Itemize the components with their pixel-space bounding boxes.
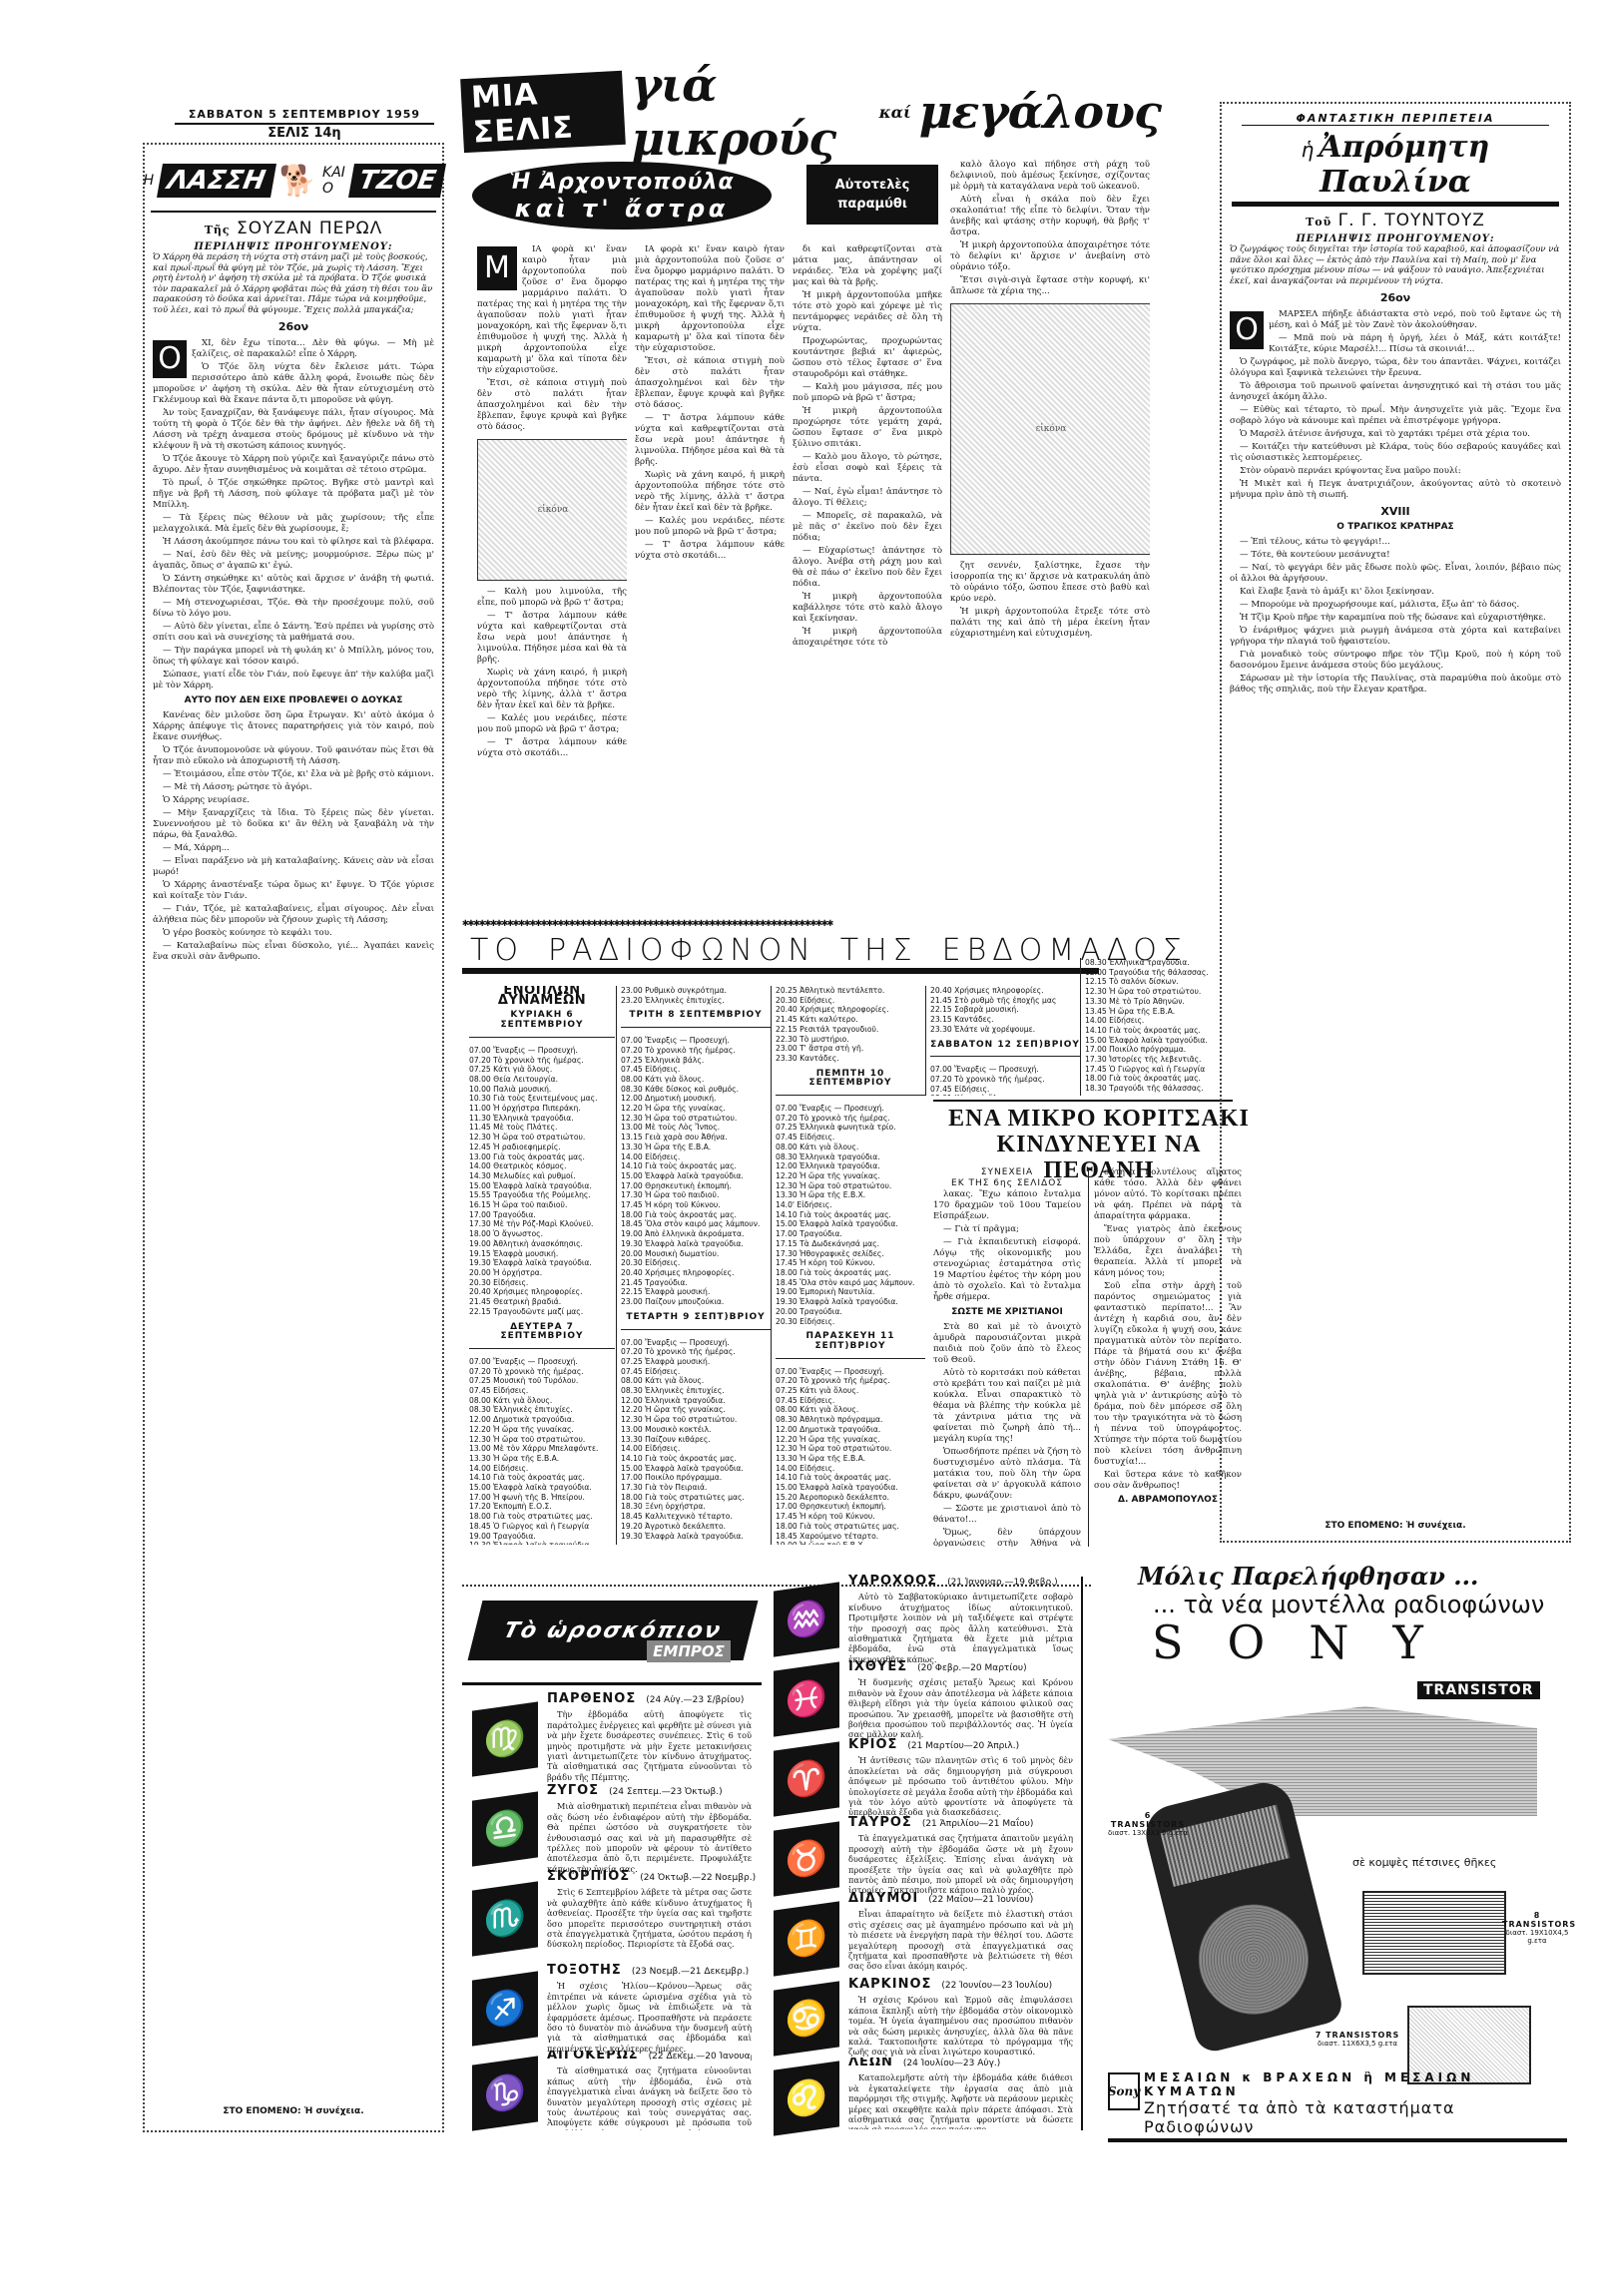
model-8-caption: 8 TRANSISTORSδιαστ. 19Χ10Χ4,5 g.ετα — [1502, 1911, 1572, 1945]
capricorn-icon: ♑ — [472, 2056, 538, 2130]
banner-block: ΜΙΑ ΣΕΛΙΣ — [460, 71, 625, 153]
aquarius-icon: ♒ — [774, 1582, 839, 1656]
ad-footer: Sony ΜΕΣΑΙΩΝ κ ΒΡΑΧΕΩΝ ἢ ΜΕΣΑΙΩΝ ΚΥΜΑΤΩΝ… — [1108, 2070, 1567, 2142]
sign-sagittarius: ΤΟΞΟΤΗΣ(23 Νοεμβ.—21 Δεκεμβρ.)Ἡ σχέσις Ἡ… — [547, 1966, 752, 2054]
model-6-caption: 6 TRANSISTORSδιαστ. 13Χ8Χ3,5 g.ετα — [1108, 1811, 1188, 1837]
radio-column-3: 20.25 Ἀθλητικὸ πεντάλεπτο.20.30 Εἰδήσεις… — [771, 986, 925, 1545]
fairy-tale-title-art: Ἡ Ἀρχοντοπούλα καὶ τ' ἄστρα — [472, 162, 772, 230]
banner-script-1: γιά μικρούς — [632, 58, 871, 166]
transistor-badge: TRANSISTOR — [1417, 1681, 1540, 1699]
author-line: Τοῦ Γ. Γ. ΤΟΥΝΤΟΥΖ — [1222, 211, 1569, 230]
news-col-1: ΣΥΝΕΧΕΙΑ ΕΚ ΤΗΣ 6ης ΣΕΛΙΔΟΣ λακας. Ἔχω κ… — [933, 1167, 1081, 1547]
next-installment: ΣΤΟ ΕΠΟΜΕΝΟ: Ἡ συνέχεια. — [1222, 1521, 1569, 1531]
sign-taurus: ΤΑΥΡΟΣ(21 Ἀπριλίου—21 Μαΐου)Τὰ ἐπαγγελμα… — [848, 1818, 1073, 1896]
ad-brand: SONY — [1152, 1618, 1567, 1666]
subheading: ΑΥΤΟ ΠΟΥ ΔΕΝ ΕΙΧΕ ΠΡΟΒΛΕΨΕΙ Ο ΔΟΥΚΑΣ — [153, 695, 434, 706]
sign-cancer: ΚΑΡΚΙΝΟΣ(22 Ἰουνίου—23 Ἰουλίου)Ἡ σχέσις … — [848, 1980, 1073, 2058]
next-installment: ΣΤΟ ΕΠΟΜΕΝΟ: Ἡ συνέχεια. — [145, 2106, 442, 2116]
scorpio-icon: ♏ — [472, 1881, 538, 1956]
sagittarius-icon: ♐ — [472, 1971, 538, 2046]
leather-cases-label: σὲ κομψὲς πέτσινες θῆκες — [1352, 1856, 1496, 1869]
fairy-tale-illustration: εἰκόνα — [477, 439, 627, 581]
radio-column-5: 08.30 Ἑλληνικὰ τραγούδια.12.00 Τραγούδια… — [1080, 958, 1235, 1096]
author-line: Τῆς ΣΟΥΖΑΝ ΠΕΡΩΛ — [145, 219, 442, 238]
drop-cap: O — [153, 340, 187, 378]
sony-logo: Sony — [1108, 2072, 1140, 2110]
leo-icon: ♌ — [774, 2061, 839, 2135]
pisces-icon: ♓ — [774, 1661, 839, 1736]
sign-aquarius: ΥΔΡΟΧΟΟΣ(21 Ἰανουαρ.—19 Φεβρ.)Αὐτὸ τὸ Σα… — [848, 1577, 1073, 1664]
sony-advertisement: Μόλις Παρελήφθησαν ... ... τὰ νέα μοντέλ… — [1108, 1562, 1567, 2130]
title-prefix: Η — [144, 173, 155, 189]
sign-leo: ΛΕΩΝ(24 Ἰουλίου—23 Αὐγ.)Καταπολεμῆστε αὐ… — [848, 2058, 1073, 2129]
serial-left-title-art: Η ΛΑΣΣΗ 🐕 ΚΑΙ Ο ΤΖΟΕ — [151, 151, 436, 213]
cancer-icon: ♋ — [774, 1981, 839, 2056]
radio-column-2: 23.00 Ρυθμικὸ συγκρότημα.23.20 Ἑλληνικὲς… — [616, 986, 771, 1545]
sign-scorpio: ΣΚΟΡΠΙΟΣ(24 Ὀκτωβ.—22 Νοεμβρ.)Στὶς 6 Σεπ… — [547, 1872, 752, 1950]
serial-right-body: O ΜΑΡΣΕΛ πήδηξε ἀδιάστακτα στὸ νερό, ποὺ… — [1230, 309, 1561, 1437]
divider — [933, 1100, 1233, 1102]
chapter-number-2: XVIII — [1230, 506, 1561, 517]
sign-libra: ΖΥΓΟΣ(24 Σεπτεμ.—23 Ὀκτωβ.)Μιὰ αἰσθηματι… — [547, 1786, 752, 1874]
drop-cap: M — [477, 246, 517, 290]
fairy-tale-badge: Αὐτοτελὲς παραμύθι — [806, 165, 938, 225]
chapter-number: 26ον — [1222, 291, 1569, 304]
sign-pisces: ΙΧΘΥΕΣ(20 Φεβρ.—20 Μαρτίου)Ἡ δυσμενὴς σχ… — [848, 1662, 1073, 1740]
summary-text: Ὁ Χάρρη θὰ περάση τὴ νύχτα στὴ στάνη μαζ… — [153, 252, 434, 315]
fairy-tale-col-2: ΙΑ φορὰ κι' ἕναν καιρὸ ἦταν μιὰ ἀρχοντοπ… — [635, 244, 785, 903]
page-banner: ΜΙΑ ΣΕΛΙΣ γιά μικρούς καί μεγάλους — [462, 82, 1161, 142]
summary-heading: ΠΕΡΙΛΗΨΙΣ ΠΡΟΗΓΟΥΜΕΝΟΥ: — [1222, 233, 1569, 244]
title-lassie: ΛΑΣΣΗ — [157, 164, 276, 198]
serial-right-box: ΦΑΝΤΑΣΤΙΚΗ ΠΕΡΙΠΕΤΕΙΑ ἡ Ἀπρόμητη Παυλίνα… — [1220, 102, 1571, 1543]
fairy-tale-col-1: M ΙΑ φορὰ κι' ἕναν καιρὸ ἦταν μιὰ ἀρχοντ… — [477, 244, 627, 903]
page-number: ΣΕΛΙΣ 14η — [175, 126, 434, 141]
sign-aries: ΚΡΙΟΣ(21 Μαρτίου—20 Ἀπριλ.)Ἡ ἀντίθεσις τ… — [848, 1740, 1073, 1818]
chapter-title: Ο ΤΡΑΓΙΚΟΣ ΚΡΑΤΗΡΑΣ — [1230, 522, 1561, 533]
radio-column-4: 20.40 Χρήσιμες πληροφορίες.21.45 Στὸ ρυθ… — [925, 986, 1080, 1096]
title-joe: ΤΖΟΕ — [348, 164, 446, 198]
serial-right-title: ἡ Ἀπρόμητη Παυλίνα — [1232, 130, 1559, 207]
title-and: ΚΑΙ Ο — [322, 165, 345, 197]
news-col-2: σότητα πολυτέλους αἵματος κάθε τόσο. Ἀλλ… — [1088, 1167, 1242, 1547]
virgo-icon: ♍ — [472, 1701, 538, 1776]
ad-tagline: Μόλις Παρελήφθησαν ... — [1138, 1562, 1567, 1591]
summary-heading: ΠΕΡΙΛΗΨΙΣ ΠΡΟΗΓΟΥΜΕΝΟΥ: — [145, 241, 442, 252]
summary-text: Ὁ ζωγράφος τοὺς διηγεῖται τὴν ἱστορία το… — [1230, 244, 1561, 286]
gemini-icon: ♊ — [774, 1901, 839, 1976]
fairy-tale-col-4: καλὸ ἄλογο καὶ πήδησε στὴ ράχη τοῦ δελφι… — [950, 160, 1150, 903]
serial-kicker: ΦΑΝΤΑΣΤΙΚΗ ΠΕΡΙΠΕΤΕΙΑ — [1242, 112, 1549, 126]
dog-illustration-icon: 🐕 — [279, 164, 316, 199]
divider — [462, 1682, 762, 1685]
serial-left-body: O ΧΙ, δὲν ἔχω τίποτα... Δὲν θὰ φύγω. — Μ… — [153, 338, 434, 1715]
fairy-illustration: εἰκόνα — [950, 303, 1150, 555]
serial-left-box: Η ΛΑΣΣΗ 🐕 ΚΑΙ Ο ΤΖΟΕ Τῆς ΣΟΥΖΑΝ ΠΕΡΩΛ ΠΕ… — [143, 143, 444, 2132]
banner-script-2: μεγάλους — [919, 85, 1161, 139]
radio-model-8-icon — [1362, 1891, 1506, 1975]
sign-virgo: ΠΑΡΘΕΝΟΣ(24 Αὐγ.—23 Σ/βρίου)Τὴν ἑβδομάδα… — [547, 1694, 752, 1782]
radio-section-title: ΤΟ ΡΑΔΙΟΦΩΝΟΝ ΤΗΣ ΕΒΔΟΜΑΔΟΣ — [462, 934, 1099, 974]
horoscope-sub-art: ΕΜΠΡΟΣ — [647, 1640, 731, 1662]
model-7-caption: 7 TRANSISTORSδιαστ. 11Χ6Χ3,5 g.ετα — [1313, 2031, 1402, 2048]
libra-icon: ♎ — [472, 1791, 538, 1866]
star-divider: ✱✱✱✱✱✱✱✱✱✱✱✱✱✱✱✱✱✱✱✱✱✱✱✱✱✱✱✱✱✱✱✱✱✱✱✱✱✱✱✱… — [462, 916, 1091, 929]
drop-cap: O — [1230, 311, 1264, 349]
taurus-icon: ♉ — [774, 1821, 839, 1896]
radio-column-1: ΕΝΟΠΛΩΝ ΔΥΝΑΜΕΩΝ ΚΥΡΙΑΚΗ 6 ΣΕΠΤΕΜΒΡΙΟΥ 0… — [465, 986, 615, 1545]
hand-illustration-icon — [1108, 1706, 1537, 1816]
chapter-number: 26ον — [145, 320, 442, 333]
news-subhead: ΣΩΣΤΕ ΜΕ ΧΡΙΣΤΙΑΝΟΙ — [933, 1307, 1081, 1318]
aries-icon: ♈ — [774, 1741, 839, 1816]
ad-subline: ... τὰ νέα μοντέλλα ραδιοφώνων — [1153, 1591, 1567, 1618]
vertical-divider — [1081, 1577, 1083, 2130]
sign-capricorn: ΑΙΓΟΚΕΡΩΣ(22 Δεκεμ.—20 Ἰανουαρ.)Τὰ αἰσθη… — [547, 2051, 752, 2130]
dateline: ΣΑΒΒΑΤΟΝ 5 ΣΕΠΤΕΜΒΡΙΟΥ 1959 — [175, 108, 434, 125]
banner-and: καί — [879, 103, 911, 122]
sign-gemini: ΔΙΔΥΜΟΙ(22 Μαΐου—21 Ἰουνίου)Εἶναι ἀπαραί… — [848, 1894, 1073, 1972]
fairy-tale-col-3: δι καὶ καθρεφτίζονται στὰ μάτια μας, ἀπά… — [793, 244, 942, 903]
